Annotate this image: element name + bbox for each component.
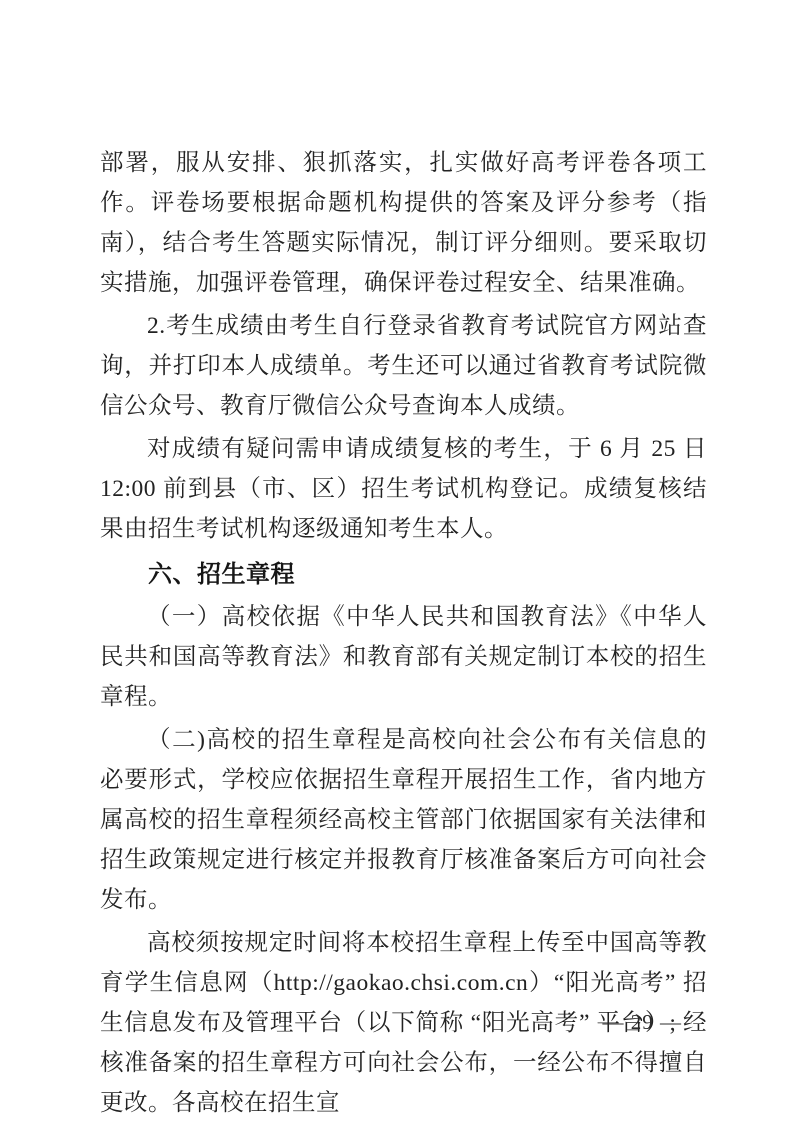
paragraph-marking-instructions: 部署，服从安排、狠抓落实，扎实做好高考评卷各项工作。评卷场要根据命题机构提供的答… [100, 143, 707, 303]
paragraph-score-query: 2.考生成绩由考生自行登录省教育考试院官方网站查询，并打印本人成绩单。考生还可以… [100, 306, 707, 426]
paragraph-charter-basis: （一）高校依据《中华人民共和国教育法》《中华人民共和国高等教育法》和教育部有关规… [100, 597, 707, 717]
page-number-text: — 29 — [603, 1010, 683, 1034]
page-number: — 29 — [603, 1009, 683, 1035]
document-page: 部署，服从安排、狠抓落实，扎实做好高考评卷各项工作。评卷场要根据命题机构提供的答… [0, 0, 800, 1131]
paragraph-charter-approval: （二)高校的招生章程是高校向社会公布有关信息的必要形式，学校应依据招生章程开展招… [100, 720, 707, 920]
paragraph-score-review: 对成绩有疑问需申请成绩复核的考生，于 6 月 25 日 12:00 前到县（市、… [100, 429, 707, 549]
document-body: 部署，服从安排、狠抓落实，扎实做好高考评卷各项工作。评卷场要根据命题机构提供的答… [100, 143, 707, 1123]
section-heading-admission-charter: 六、招生章程 [100, 555, 707, 595]
